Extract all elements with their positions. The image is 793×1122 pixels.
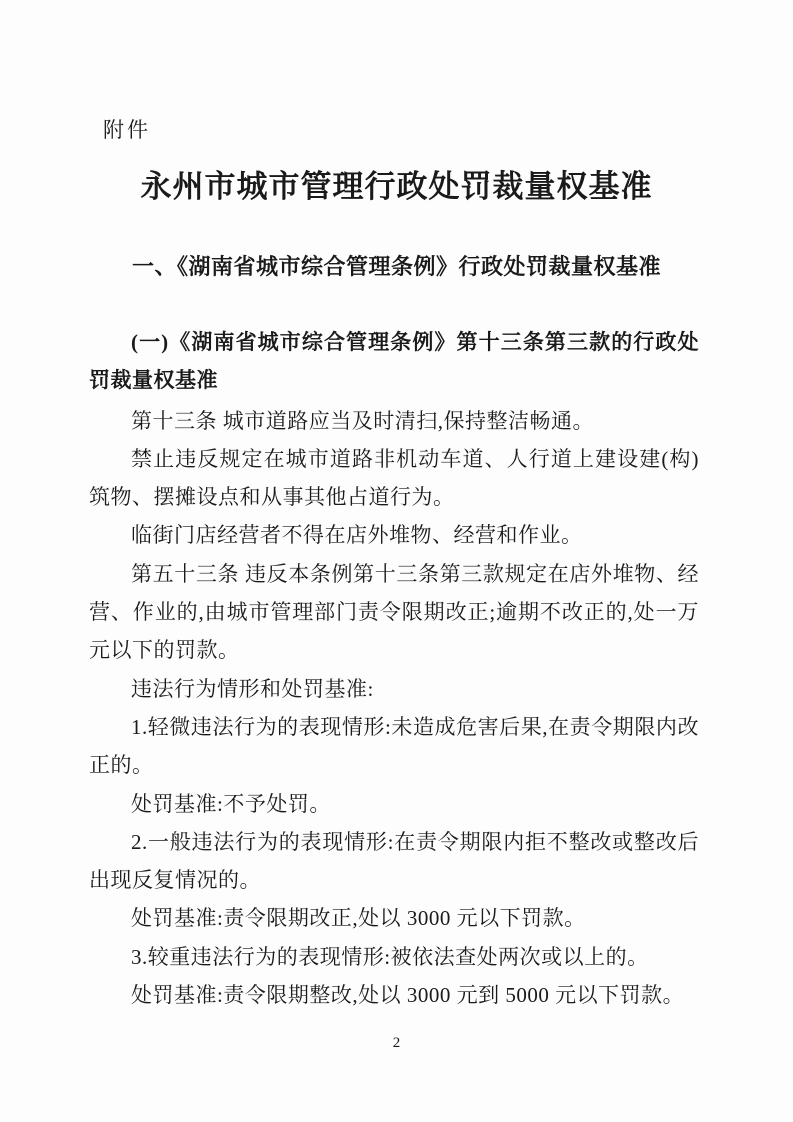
- document-body: (一)《湖南省城市综合管理条例》第十三条第三款的行政处罚裁量权基准 第十三条 城…: [89, 323, 699, 1014]
- document-page: 附件 永州市城市管理行政处罚裁量权基准 一、《湖南省城市综合管理条例》行政处罚裁…: [0, 0, 793, 1122]
- page-number: 2: [0, 1035, 793, 1052]
- paragraph-general-violation: 2.一般违法行为的表现情形:在责令期限内拒不整改或整改后出现反复情况的。: [89, 823, 699, 900]
- paragraph-storefront: 临街门店经营者不得在店外堆物、经营和作业。: [89, 516, 699, 554]
- paragraph-article-53: 第五十三条 违反本条例第十三条第三款规定在店外堆物、经营、作业的,由城市管理部门…: [89, 555, 699, 670]
- paragraph-general-penalty: 处罚基准:责令限期改正,处以 3000 元以下罚款。: [89, 899, 699, 937]
- paragraph-prohibition: 禁止违反规定在城市道路非机动车道、人行道上建设建(构)筑物、摆摊设点和从事其他占…: [89, 440, 699, 517]
- paragraph-serious-violation: 3.较重违法行为的表现情形:被依法查处两次或以上的。: [89, 938, 699, 976]
- subsection-heading: (一)《湖南省城市综合管理条例》第十三条第三款的行政处罚裁量权基准: [89, 323, 699, 400]
- paragraph-article-13: 第十三条 城市道路应当及时清扫,保持整洁畅通。: [89, 402, 699, 440]
- paragraph-minor-violation: 1.轻微违法行为的表现情形:未造成危害后果,在责令期限内改正的。: [89, 708, 699, 785]
- attachment-label: 附件: [103, 114, 151, 144]
- section-heading: 一、《湖南省城市综合管理条例》行政处罚裁量权基准: [0, 250, 793, 281]
- document-title: 永州市城市管理行政处罚裁量权基准: [0, 161, 793, 206]
- paragraph-serious-penalty: 处罚基准:责令限期整改,处以 3000 元到 5000 元以下罚款。: [89, 976, 699, 1014]
- paragraph-criteria-intro: 违法行为情形和处罚基准:: [89, 670, 699, 708]
- paragraph-minor-penalty: 处罚基准:不予处罚。: [89, 785, 699, 823]
